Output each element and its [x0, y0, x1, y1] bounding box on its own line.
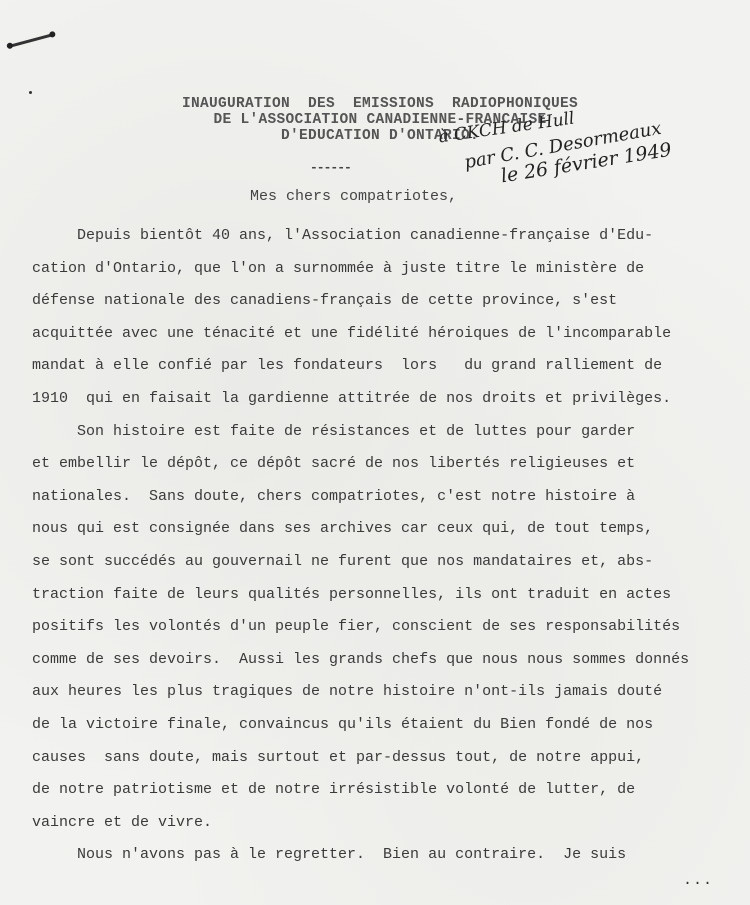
body-line: Depuis bientôt 40 ans, l'Association can… [32, 220, 750, 253]
body-line: vaincre et de vivre. [32, 807, 750, 840]
body-line: nationales. Sans doute, chers compatriot… [32, 481, 750, 514]
body-line: cation d'Ontario, que l'on a surnommée à… [32, 253, 750, 286]
body-line: nous qui est consignée dans ses archives… [32, 513, 750, 546]
body-line: et embellir le dépôt, ce dépôt sacré de … [32, 448, 750, 481]
body-line: traction faite de leurs qualités personn… [32, 579, 750, 612]
body-line: 1910 qui en faisait la gardienne attitré… [32, 383, 750, 416]
staple-mark [9, 33, 54, 48]
body-line: comme de ses devoirs. Aussi les grands c… [32, 644, 750, 677]
title-line-1: INAUGURATION DES EMISSIONS RADIOPHONIQUE… [150, 96, 610, 112]
body-line: aux heures les plus tragiques de notre h… [32, 676, 750, 709]
title-divider: ------ [310, 160, 351, 175]
body-line: Son histoire est faite de résistances et… [32, 416, 750, 449]
body-line: défense nationale des canadiens-français… [32, 285, 750, 318]
body-line: positifs les volontés d'un peuple fier, … [32, 611, 750, 644]
salutation: Mes chers compatriotes, [250, 188, 457, 205]
body-line: de la victoire finale, convaincus qu'ils… [32, 709, 750, 742]
body-line: Nous n'avons pas à le regretter. Bien au… [32, 839, 750, 872]
document-page: INAUGURATION DES EMISSIONS RADIOPHONIQUE… [0, 0, 750, 905]
body-line: mandat à elle confié par les fondateurs … [32, 350, 750, 383]
body-text: Depuis bientôt 40 ans, l'Association can… [32, 220, 750, 872]
body-line: se sont succédés au gouvernail ne furent… [32, 546, 750, 579]
body-line: causes sans doute, mais surtout et par-d… [32, 742, 750, 775]
ink-dot [29, 91, 32, 94]
continuation-marker: ... [683, 872, 713, 889]
body-line: de notre patriotisme et de notre irrésis… [32, 774, 750, 807]
body-line: acquittée avec une ténacité et une fidél… [32, 318, 750, 351]
